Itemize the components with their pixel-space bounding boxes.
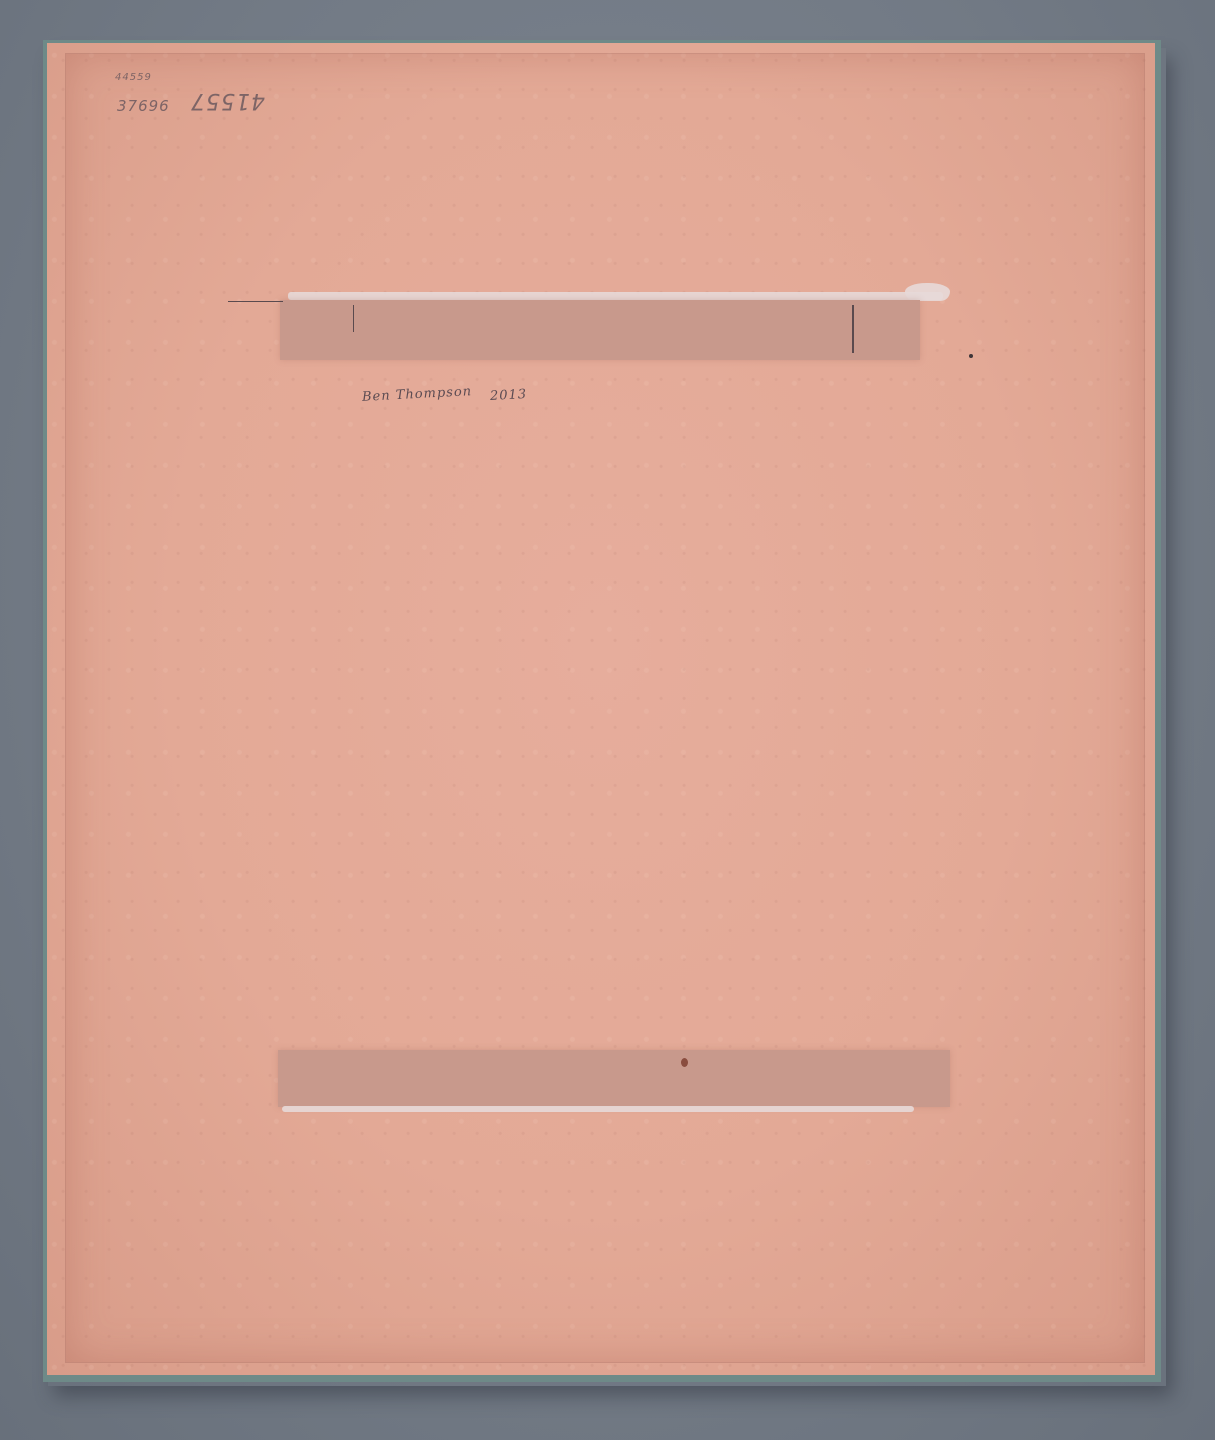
inventory-number-left: 37696 [117, 97, 170, 115]
pencil-mark [228, 301, 283, 302]
speck [969, 354, 973, 358]
panel-inner-border [65, 53, 1145, 1363]
hanging-strip-top [280, 300, 920, 360]
pencil-mark [852, 305, 854, 353]
inventory-number-top: 44559 [115, 72, 152, 83]
glue-bead-top [288, 292, 943, 300]
pencil-mark [353, 305, 354, 332]
signature-year: 2013 [490, 387, 528, 404]
hanging-strip-bottom [278, 1050, 950, 1107]
stain-spot [681, 1058, 688, 1067]
inventory-number-right: 41557 [190, 88, 265, 113]
glue-bead-bottom [282, 1106, 914, 1112]
artwork-back-panel [47, 43, 1155, 1375]
glue-blob-top-right [905, 283, 950, 301]
